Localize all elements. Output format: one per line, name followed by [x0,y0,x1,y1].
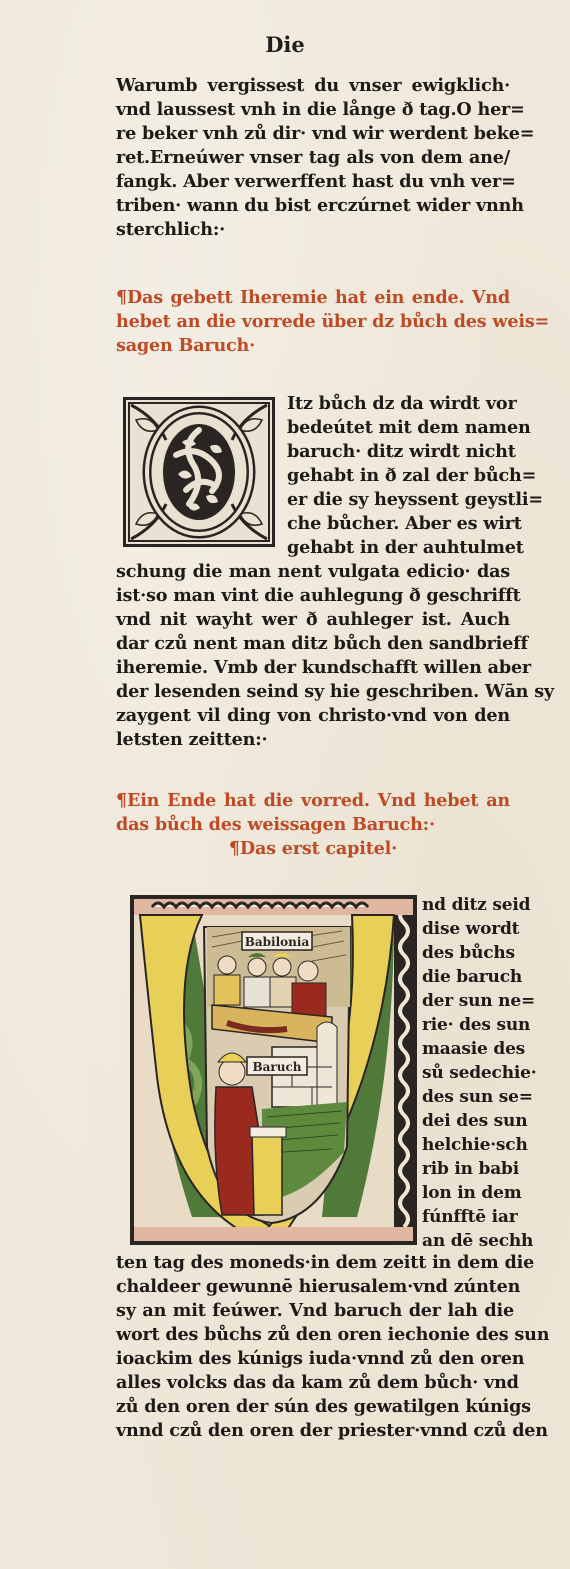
text-line: des sun se= [422,1085,512,1109]
chapter-heading: ¶Das erst capitel· [116,837,510,861]
text-line: Itz bůch dz da wirdt vor [287,392,510,416]
text-line: lon in dem [422,1181,512,1205]
text-line: er die sy heyssent geystli= [287,488,510,512]
text-line: schung die man nent vulgata edicio· das [116,560,510,584]
text-block-prologue-beside-initial: Itz bůch dz da wirdt vor bedeútet mit de… [287,392,510,560]
text-line: rie· des sun [422,1013,512,1037]
text-line: ten tag des moneds·in dem zeitt in dem d… [116,1251,514,1275]
text-line: re beker vnh zů dir· vnd wir werdent bek… [116,122,510,146]
text-line: gehabt in ð zal der bůch= [287,464,510,488]
text-line: che bůcher. Aber es wirt [287,512,510,536]
text-block-chapter-beside-initial: nd ditz seid dise wordt des bůchs die ba… [422,893,512,1253]
text-line: des bůchs [422,941,512,965]
text-line: iheremie. Vmb der kundschafft willen abe… [116,656,510,680]
text-line: fúnfftē iar [422,1205,512,1229]
text-line: wort des bůchs zů den oren iechonie des … [116,1323,514,1347]
manuscript-page: Die Warumb vergissest du vnser ewigklich… [0,0,570,1569]
running-head: Die [0,32,570,57]
text-line: gehabt in der auhtulmet [287,536,510,560]
rubric-line: sagen Baruch· [116,334,510,358]
text-line: sterchlich:· [116,218,510,242]
text-line: triben· wann du bist erczúrnet wider vnn… [116,194,510,218]
text-line: chaldeer gewunnē hierusalem·vnd zúnten [116,1275,514,1299]
text-line: helchie·sch [422,1133,512,1157]
text-line: baruch· ditz wirdt nicht [287,440,510,464]
text-line: der sun ne= [422,989,512,1013]
text-block-chapter-below-initial: ten tag des moneds·in dem zeitt in dem d… [116,1251,514,1443]
text-line: dar czů nent man ditz bůch den sandbrief… [116,632,510,656]
text-line: vnd nit wayht wer ð auhleger ist. Auch [116,608,510,632]
babilonia-label: Babilonia [245,935,310,949]
text-block-prayer-end: Warumb vergissest du vnser ewigklich· vn… [116,74,510,242]
text-line: maasie des [422,1037,512,1061]
text-line: die baruch [422,965,512,989]
text-line: rib in babi [422,1157,512,1181]
text-line: zů den oren der sún des gewatilgen kúnig… [116,1395,514,1419]
hand-colored-woodcut-initial-v-icon: Babilonia Baruch [130,895,417,1245]
text-line: alles volcks das da kam zů dem bůch· vnd [116,1371,514,1395]
text-line: der lesenden seind sy hie geschriben. Wā… [116,680,510,704]
text-line: nd ditz seid [422,893,512,917]
text-line: ioackim des kúnigs iuda·vnnd zů den oren [116,1347,514,1371]
text-line: letsten zeitten:· [116,728,510,752]
rubric-line: ¶Das gebett Iheremie hat ein ende. Vnd [116,286,510,310]
text-line: dei des sun [422,1109,512,1133]
text-block-prologue-below-initial: schung die man nent vulgata edicio· das … [116,560,510,752]
text-line: an dē sechh [422,1229,512,1253]
rubric-heading-2: ¶Ein Ende hat die vorred. Vnd hebet an d… [116,789,510,861]
rubric-heading-1: ¶Das gebett Iheremie hat ein ende. Vnd h… [116,286,510,358]
text-line: dise wordt [422,917,512,941]
text-line: ist·so man vint die auhlegung ð geschrif… [116,584,510,608]
text-line: vnd laussest vnh in die långe ð tag.O he… [116,98,510,122]
text-line: bedeútet mit dem namen [287,416,510,440]
text-line: sy an mit feúwer. Vnd baruch der lah die [116,1299,514,1323]
woodcut-initial-o-icon [123,397,275,547]
text-line: vnnd czů den oren der priester·vnnd czů … [116,1419,514,1443]
rubric-line: das bůch des weissagen Baruch:· [116,813,510,837]
baruch-scene-illustration-icon: Babilonia Baruch [132,897,415,1243]
baruch-label: Baruch [253,1060,302,1074]
decorated-letter-o-icon [126,400,272,544]
text-line: zaygent vil ding von christo·vnd von den [116,704,510,728]
text-line: ret.Erneúwer vnser tag als von dem ane/ [116,146,510,170]
text-line: fangk. Aber verwerffent hast du vnh ver= [116,170,510,194]
text-line: Warumb vergissest du vnser ewigklich· [116,74,510,98]
text-line: sů sedechie· [422,1061,512,1085]
rubric-line: hebet an die vorrede über dz bůch des we… [116,310,510,334]
rubric-line: ¶Ein Ende hat die vorred. Vnd hebet an [116,789,510,813]
